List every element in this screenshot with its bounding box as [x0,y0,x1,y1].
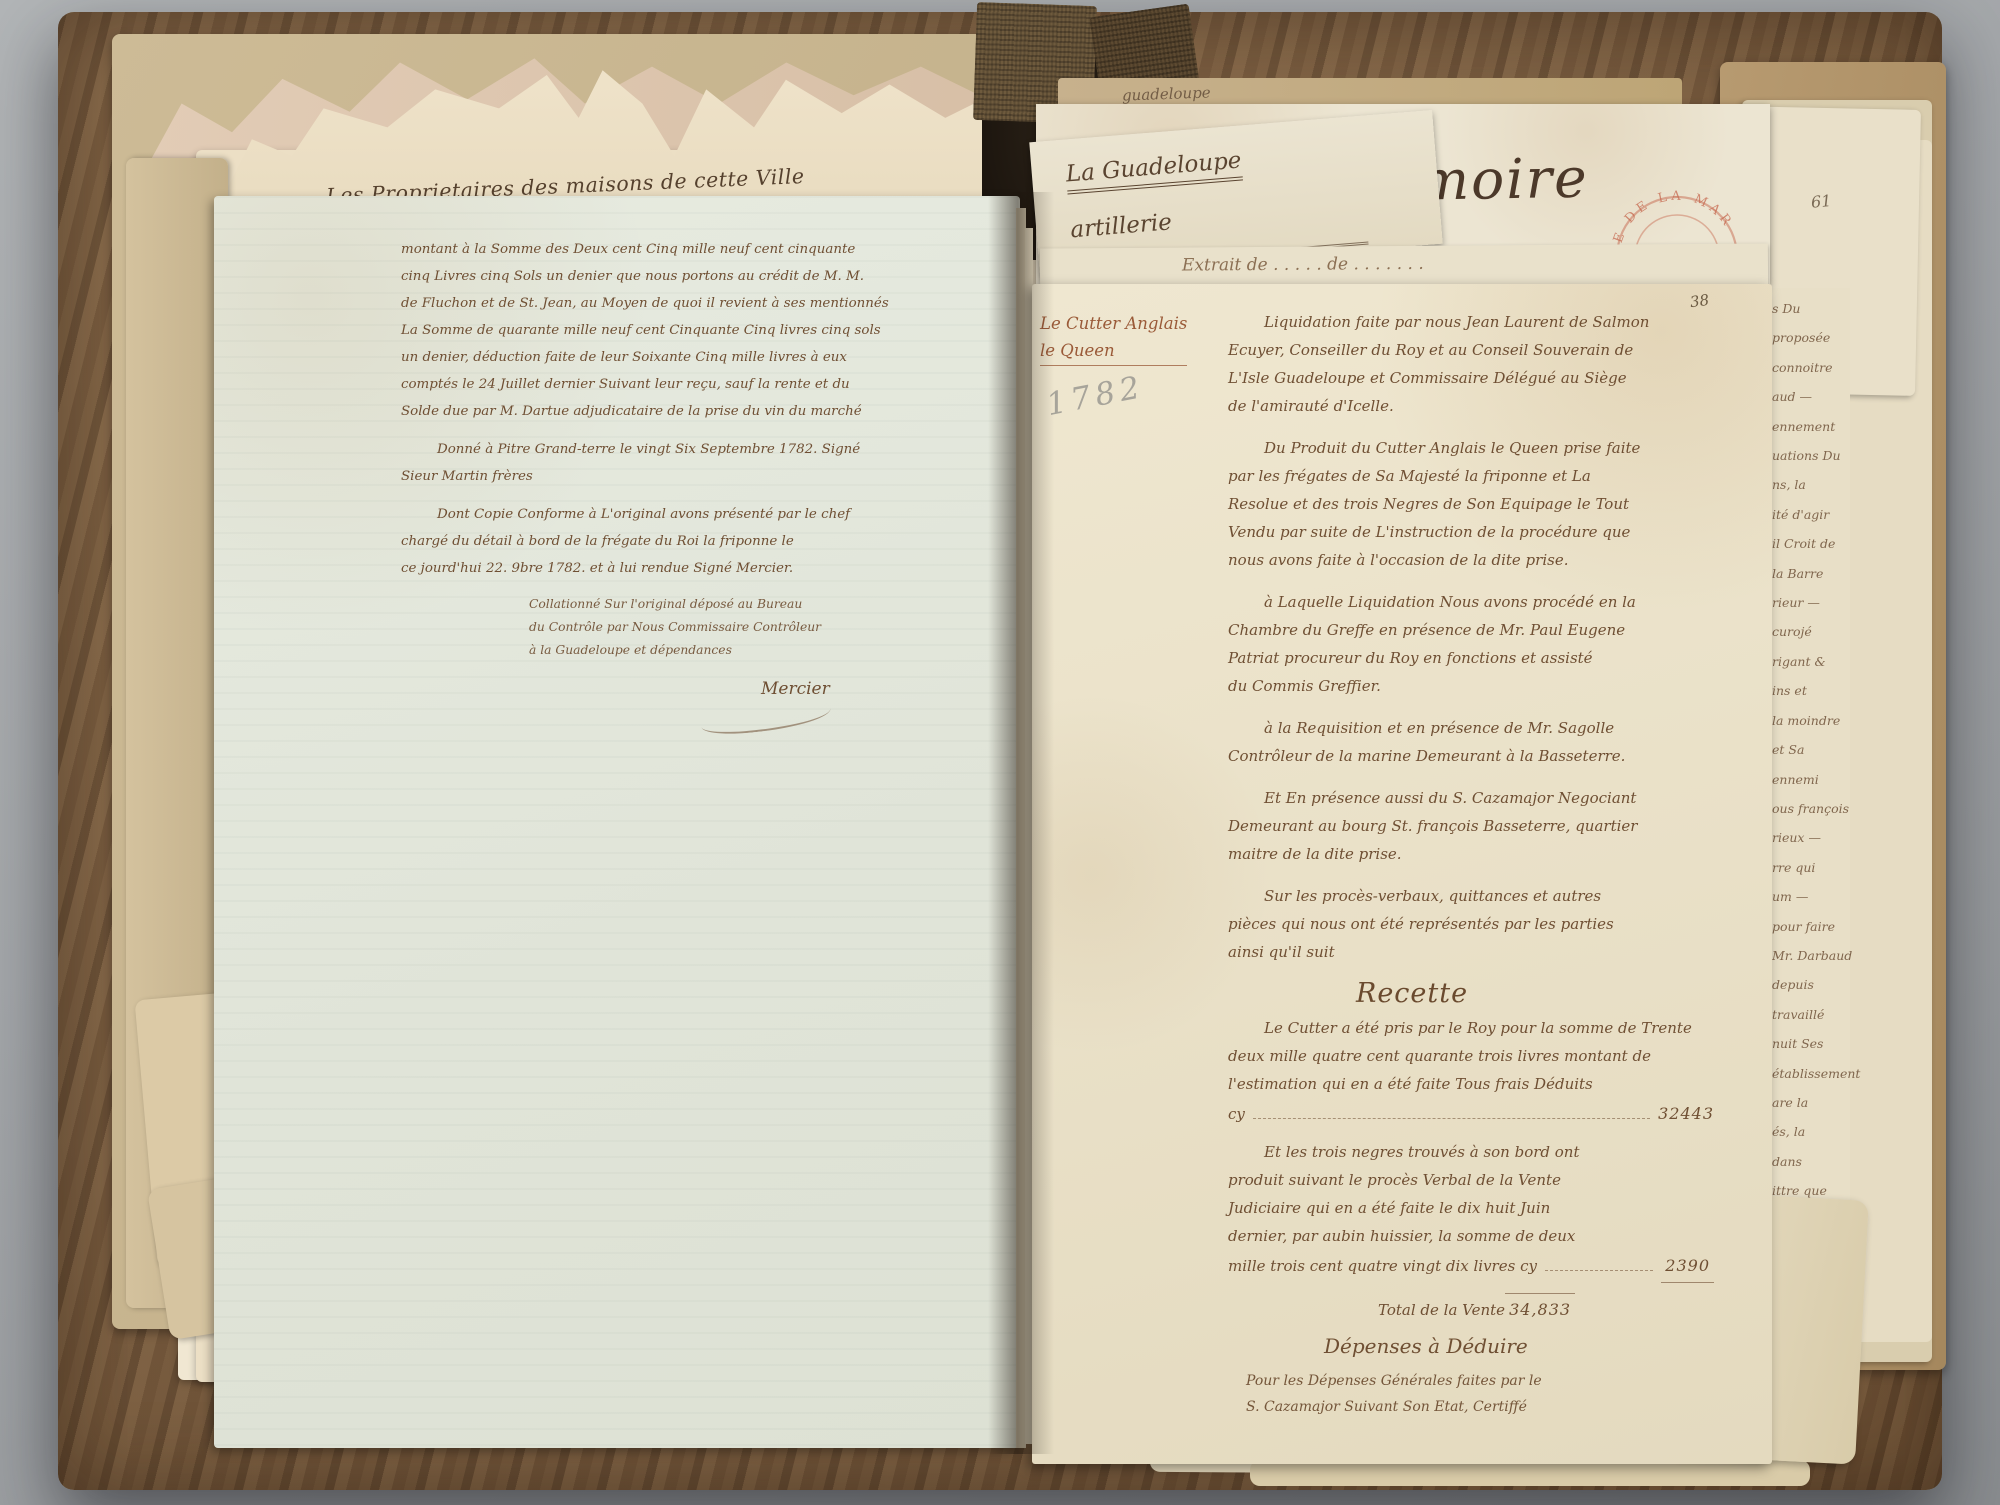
manuscript-line: à Laquelle Liquidation Nous avons procéd… [1264,588,1714,616]
manuscript-fragment: depuis [1772,970,1882,999]
manuscript-fragment: travaillé [1772,1000,1882,1029]
left-manuscript-page: montant à la Somme des Deux cent Cinq mi… [214,196,1020,1448]
dash-leader [1545,1261,1653,1272]
collation-note: Collationné Sur l'original déposé au Bur… [529,593,871,662]
vente-amount-row: mille trois cent quatre vingt dix livres… [1228,1252,1714,1283]
manuscript-line: l'estimation qui en a été faite Tous fra… [1228,1070,1714,1098]
estimation-amount-row: cy 32443 [1228,1100,1714,1128]
manuscript-line: La Somme de quarante mille neuf cent Cin… [401,317,871,344]
manuscript-fragment: la Barre [1772,559,1882,588]
manuscript-line: Sur les procès-verbaux, quittances et au… [1264,882,1714,910]
manuscript-line: du Commis Greffier. [1228,672,1714,700]
manuscript-line: par les frégates de Sa Majesté la fripon… [1228,462,1714,490]
edge-inscription: guadeloupe [1122,83,1211,104]
pencil-year: 1782 [1043,369,1147,423]
manuscript-line: Judiciaire qui en a été faite le dix hui… [1228,1194,1714,1222]
manuscript-fragment: pour faire [1772,912,1882,941]
manuscript-fragment: rigant & [1772,647,1882,676]
cutter-estimation-paragraph: Le Cutter a été pris par le Roy pour la … [1228,1014,1714,1098]
manuscript-line: S. Cazamajor Suivant Son Etat, Certiffé [1246,1394,1714,1420]
manuscript-line: Vendu par suite de L'instruction de la p… [1228,518,1714,546]
manuscript-line: mille trois cent quatre vingt dix livres… [1228,1252,1537,1280]
manuscript-line: Le Cutter a été pris par le Roy pour la … [1264,1014,1714,1042]
label-artillerie: artillerie [1069,209,1172,243]
manuscript-fragment: ins et [1772,676,1882,705]
right-page-text-block: Liquidation faite par nous Jean Laurent … [1228,308,1714,1420]
signature-flourish [700,698,832,737]
manuscript-fragment: et Sa [1772,735,1882,764]
manuscript-line: du Contrôle par Nous Commissaire Contrôl… [529,616,871,639]
manuscript-fragment: rieur — [1772,588,1882,617]
manuscript-fragment: s Du [1772,294,1882,323]
estimation-amount: 32443 [1658,1100,1714,1128]
manuscript-line: de Fluchon et de St. Jean, au Moyen de q… [401,290,871,317]
manuscript-fragment: rre qui [1772,853,1882,882]
manuscript-fragment: ennement [1772,412,1882,441]
manuscript-line: Du Produit du Cutter Anglais le Queen pr… [1264,434,1714,462]
manuscript-fragment: établissement [1772,1059,1882,1088]
produit-paragraph: Du Produit du Cutter Anglais le Queen pr… [1228,434,1714,574]
total-row: Total de la Vente 34,833 [1378,1293,1714,1324]
negres-vente-paragraph: Et les trois negres trouvés à son bord o… [1228,1138,1714,1250]
margin-note-line1: Le Cutter Anglais [1040,310,1187,337]
manuscript-line: Solde due par M. Dartue adjudicataire de… [401,398,871,425]
left-page-text-block: montant à la Somme des Deux cent Cinq mi… [401,236,871,731]
manuscript-line: chargé du détail à bord de la frégate du… [401,528,871,555]
margin-note-cutter: Le Cutter Anglais le Queen [1040,310,1187,366]
proces-verbaux-paragraph: Sur les procès-verbaux, quittances et au… [1228,882,1714,966]
manuscript-line: L'Isle Guadeloupe et Commissaire Délégué… [1228,364,1714,392]
manuscript-fragment: ns, la [1772,470,1882,499]
manuscript-fragment: nuit Ses [1772,1029,1882,1058]
vente-amount: 2390 [1661,1252,1714,1283]
manuscript-fragment: rieux — [1772,823,1882,852]
manuscript-line: cinq Livres cinq Sols un denier que nous… [401,263,871,290]
gutter-shadow [988,192,1054,1454]
manuscript-fragment: ous françois [1772,794,1882,823]
manuscript-line: ainsi qu'il suit [1228,938,1714,966]
left-paragraph-3: Dont Copie Conforme à L'original avons p… [401,501,871,582]
manuscript-fragment: curojé [1772,617,1882,646]
manuscript-fragment: um — [1772,882,1882,911]
manuscript-line: Et les trois negres trouvés à son bord o… [1264,1138,1714,1166]
depenses-heading: Dépenses à Déduire [1324,1332,1714,1360]
manuscript-line: montant à la Somme des Deux cent Cinq mi… [401,236,871,263]
archival-manuscript-photo: Les Proprietaires des maisons de cette V… [0,0,2000,1505]
manuscript-fragment: uations Du [1772,441,1882,470]
manuscript-line: Sieur Martin frères [401,463,871,490]
manuscript-line: Contrôleur de la marine Demeurant à la B… [1228,742,1714,770]
manuscript-line: deux mille quatre cent quarante trois li… [1228,1042,1714,1070]
manuscript-fragment: la moindre [1772,706,1882,735]
manuscript-fragment: ité d'agir [1772,500,1882,529]
manuscript-line: Liquidation faite par nous Jean Laurent … [1264,308,1714,336]
manuscript-line: pièces qui nous ont été représentés par … [1228,910,1714,938]
manuscript-line: Dont Copie Conforme à L'original avons p… [437,501,871,528]
manuscript-line: Collationné Sur l'original déposé au Bur… [529,593,871,616]
total-amount: 34,833 [1505,1293,1575,1324]
manuscript-line: Demeurant au bourg St. françois Basseter… [1228,812,1714,840]
manuscript-fragment: ennemi [1772,765,1882,794]
manuscript-line: nous avons faite à l'occasion de la dite… [1228,546,1714,574]
extrait-subtitle-partial: Extrait de . . . . . de . . . . . . . [1182,254,1424,276]
manuscript-line: un denier, déduction faite de leur Soixa… [401,344,871,371]
manuscript-line: maitre de la dite prise. [1228,840,1714,868]
manuscript-fragment: Mr. Darbaud [1772,941,1882,970]
liquidation-paragraph: Liquidation faite par nous Jean Laurent … [1228,308,1714,420]
manuscript-fragment: are la [1772,1088,1882,1117]
recette-heading: Recette [1356,980,1714,1008]
cutoff-text-fragments: s Duproposéeconnoitreaud —ennementuation… [1772,294,1882,1206]
manuscript-line: à la Guadeloupe et dépendances [529,639,871,662]
requisition-paragraph: à la Requisition et en présence de Mr. S… [1228,714,1714,770]
label-la-guadeloupe: La Guadeloupe [1065,148,1243,195]
manuscript-line: Patriat procureur du Roy en fonctions et… [1228,644,1714,672]
manuscript-line: produit suivant le procès Verbal de la V… [1228,1166,1714,1194]
dash-leader [1253,1109,1650,1120]
manuscript-line: Ecuyer, Conseiller du Roy et au Conseil … [1228,336,1714,364]
manuscript-fragment: aud — [1772,382,1882,411]
manuscript-line: à la Requisition et en présence de Mr. S… [1264,714,1714,742]
cazamajor-paragraph: Et En présence aussi du S. Cazamajor Neg… [1228,784,1714,868]
margin-note-line2: le Queen [1040,337,1187,366]
left-paragraph-1: montant à la Somme des Deux cent Cinq mi… [401,236,871,425]
amount-prefix: cy [1228,1100,1245,1128]
manuscript-line: ce jourd'hui 22. 9bre 1782. et à lui ren… [401,555,871,582]
manuscript-fragment: dans [1772,1147,1882,1176]
manuscript-line: Et En présence aussi du S. Cazamajor Neg… [1264,784,1714,812]
manuscript-fragment: és, la [1772,1117,1882,1146]
chambre-du-greffe-paragraph: à Laquelle Liquidation Nous avons procéd… [1228,588,1714,700]
manuscript-fragment: proposée [1772,323,1882,352]
folio-number-61: 61 [1810,191,1832,212]
manuscript-line: Pour les Dépenses Générales faites par l… [1246,1368,1714,1394]
manuscript-line: comptés le 24 Juillet dernier Suivant le… [401,371,871,398]
total-label: Total de la Vente [1378,1296,1505,1324]
depenses-generales-paragraph: Pour les Dépenses Générales faites par l… [1246,1368,1714,1420]
manuscript-fragment: il Croit de [1772,529,1882,558]
left-paragraph-2: Donné à Pitre Grand-terre le vingt Six S… [401,436,871,490]
manuscript-line: Chambre du Greffe en présence de Mr. Pau… [1228,616,1714,644]
manuscript-fragment: connoitre [1772,353,1882,382]
manuscript-line: dernier, par aubin huissier, la somme de… [1228,1222,1714,1250]
manuscript-line: de l'amirauté d'Icelle. [1228,392,1714,420]
manuscript-line: Donné à Pitre Grand-terre le vingt Six S… [437,436,871,463]
right-manuscript-page: 38 Le Cutter Anglais le Queen 1782 Liqui… [1032,284,1772,1464]
manuscript-line: Resolue et des trois Negres de Son Equip… [1228,490,1714,518]
